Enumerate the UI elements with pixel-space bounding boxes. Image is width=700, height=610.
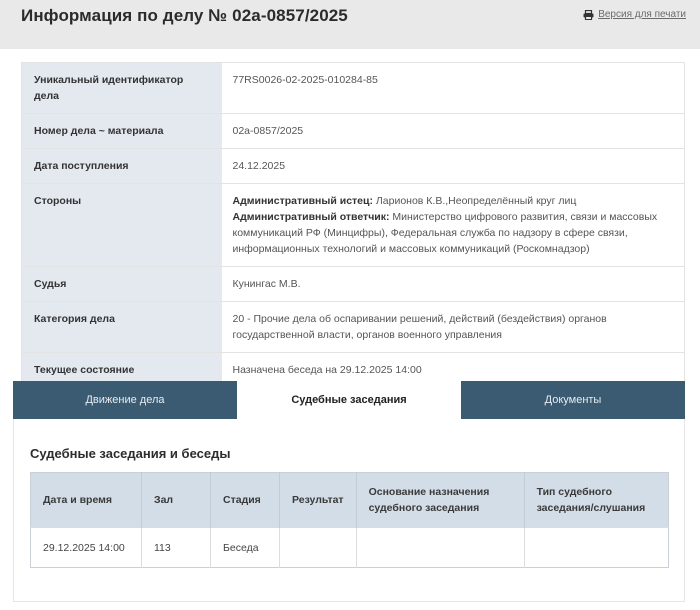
- defendant-role: Административный ответчик:: [233, 211, 390, 223]
- tab-documents[interactable]: Документы: [461, 381, 685, 419]
- print-version-link[interactable]: Версия для печати: [583, 9, 686, 20]
- sessions-table: Дата и время Зал Стадия Результат Основа…: [30, 472, 669, 568]
- print-version-label: Версия для печати: [598, 9, 686, 20]
- col-stage: Стадия: [211, 473, 280, 528]
- cell-hall: 113: [142, 528, 211, 568]
- info-value: 02а-0857/2025: [222, 114, 685, 149]
- info-row-parties: Стороны Административный истец: Ларионов…: [22, 184, 685, 267]
- info-row-case-number: Номер дела ~ материала 02а-0857/2025: [22, 114, 685, 149]
- sessions-title: Судебные заседания и беседы: [30, 446, 230, 461]
- info-value: 20 - Прочие дела об оспаривании решений,…: [222, 302, 685, 353]
- plaintiff-role: Административный истец:: [233, 195, 373, 207]
- col-hall: Зал: [142, 473, 211, 528]
- col-basis: Основание назначения судебного заседания: [356, 473, 524, 528]
- table-row: 29.12.2025 14:00 113 Беседа: [31, 528, 669, 568]
- info-label: Дата поступления: [22, 149, 222, 184]
- info-label: Уникальный идентификатор дела: [22, 63, 222, 114]
- tab-bar: Движение дела Судебные заседания Докумен…: [13, 381, 685, 419]
- cell-stage: Беседа: [211, 528, 280, 568]
- info-label: Стороны: [22, 184, 222, 267]
- printer-icon: [583, 10, 594, 20]
- tabs-panel: Движение дела Судебные заседания Докумен…: [13, 381, 685, 602]
- info-row-category: Категория дела 20 - Прочие дела об оспар…: [22, 302, 685, 353]
- sessions-header-row: Дата и время Зал Стадия Результат Основа…: [31, 473, 669, 528]
- info-value: 77RS0026-02-2025-010284-85: [222, 63, 685, 114]
- cell-result: [280, 528, 357, 568]
- info-value: Кунингас М.В.: [222, 267, 685, 302]
- info-row-date: Дата поступления 24.12.2025: [22, 149, 685, 184]
- page-title: Информация по делу № 02а-0857/2025: [21, 6, 348, 26]
- tab-court-sessions[interactable]: Судебные заседания: [237, 381, 461, 419]
- tab-case-movement[interactable]: Движение дела: [13, 381, 237, 419]
- info-value: 24.12.2025: [222, 149, 685, 184]
- info-label: Категория дела: [22, 302, 222, 353]
- info-row-judge: Судья Кунингас М.В.: [22, 267, 685, 302]
- col-result: Результат: [280, 473, 357, 528]
- col-session-type: Тип судебного заседания/слушания: [524, 473, 668, 528]
- info-label: Номер дела ~ материала: [22, 114, 222, 149]
- page-header: Информация по делу № 02а-0857/2025 Верси…: [0, 0, 700, 49]
- info-label: Судья: [22, 267, 222, 302]
- case-info-table: Уникальный идентификатор дела 77RS0026-0…: [21, 62, 685, 388]
- info-value-parties: Административный истец: Ларионов К.В.,Не…: [222, 184, 685, 267]
- info-row-uid: Уникальный идентификатор дела 77RS0026-0…: [22, 63, 685, 114]
- cell-datetime: 29.12.2025 14:00: [31, 528, 142, 568]
- cell-session-type: [524, 528, 668, 568]
- col-datetime: Дата и время: [31, 473, 142, 528]
- plaintiff-value: Ларионов К.В.,Неопределённый круг лиц: [376, 195, 577, 207]
- cell-basis: [356, 528, 524, 568]
